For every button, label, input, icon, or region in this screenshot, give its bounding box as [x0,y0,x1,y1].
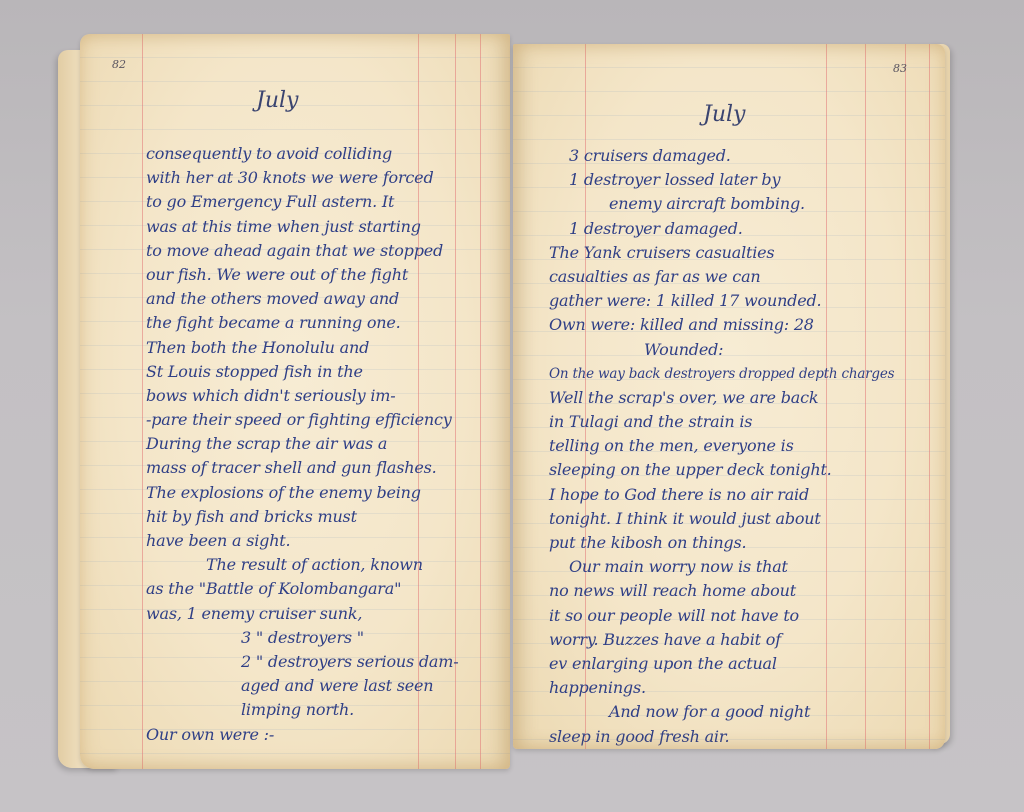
text-line: 1 destroyer damaged. [549,217,894,241]
text-line: Our main worry now is that [549,555,894,579]
diary-text: 3 cruisers damaged. 1 destroyer lossed l… [549,144,894,749]
page-number: 82 [112,58,126,71]
text-line: During the scrap the air was a [146,432,458,456]
text-line: 3 " destroyers " [146,626,458,650]
text-line: worry. Buzzes have a habit of [549,628,894,652]
left-page: 82 July consequently to avoid colliding … [80,34,510,769]
margin-rule [142,34,143,769]
text-line: gather were: 1 killed 17 wounded. [549,289,894,313]
text-line: to move ahead again that we stopped [146,239,458,263]
text-line: The Yank cruisers casualties [549,241,894,265]
text-line: bows which didn't seriously im- [146,384,458,408]
text-line: and the others moved away and [146,287,458,311]
text-line: limping north. [146,698,458,722]
text-line: I hope to God there is no air raid [549,483,894,507]
text-line: Well the scrap's over, we are back [549,386,894,410]
text-line: tonight. I think it would just about [549,507,894,531]
text-line: our fish. We were out of the fight [146,263,458,287]
text-line: The explosions of the enemy being [146,481,458,505]
text-line: enemy aircraft bombing. [549,192,894,216]
column-rule [905,44,906,749]
diary-text: consequently to avoid colliding with her… [146,142,458,747]
text-line: The result of action, known [146,553,458,577]
text-line: -pare their speed or fighting efficiency [146,408,458,432]
text-line: sleep in good fresh air. [549,725,894,749]
text-line: was, 1 enemy cruiser sunk, [146,602,458,626]
page-number: 83 [893,62,907,75]
text-line: 1 destroyer lossed later by [549,168,894,192]
text-line: Own were: killed and missing: 28 [549,313,894,337]
text-line: aged and were last seen [146,674,458,698]
open-notebook: 82 July consequently to avoid colliding … [0,0,1024,812]
text-line: St Louis stopped fish in the [146,360,458,384]
text-line: have been a sight. [146,529,458,553]
text-line: telling on the men, everyone is [549,434,894,458]
text-line: was at this time when just starting [146,215,458,239]
text-line: consequently to avoid colliding [146,142,458,166]
text-line: ev enlarging upon the actual [549,652,894,676]
text-line: mass of tracer shell and gun flashes. [146,456,458,480]
text-line: On the way back destroyers dropped depth… [549,362,894,386]
text-line: as the "Battle of Kolombangara" [146,577,458,601]
month-heading: July [703,102,745,127]
text-line: the fight became a running one. [146,311,458,335]
text-line: casualties as far as we can [549,265,894,289]
text-line: 3 cruisers damaged. [549,144,894,168]
text-line: Wounded: [549,338,894,362]
text-line: hit by fish and bricks must [146,505,458,529]
text-line: Then both the Honolulu and [146,336,458,360]
text-line: to go Emergency Full astern. It [146,190,458,214]
text-line: And now for a good night [549,700,894,724]
text-line: it so our people will not have to [549,604,894,628]
text-line: sleeping on the upper deck tonight. [549,458,894,482]
month-heading: July [256,88,298,113]
text-line: 2 " destroyers serious dam- [146,650,458,674]
right-page: 83 July 3 cruisers damaged. 1 destroyer … [513,44,945,749]
text-line: put the kibosh on things. [549,531,894,555]
text-line: no news will reach home about [549,579,894,603]
column-rule [929,44,930,749]
text-line: in Tulagi and the strain is [549,410,894,434]
text-line: with her at 30 knots we were forced [146,166,458,190]
column-rule [480,34,481,769]
text-line: happenings. [549,676,894,700]
text-line: Our own were :- [146,723,458,747]
